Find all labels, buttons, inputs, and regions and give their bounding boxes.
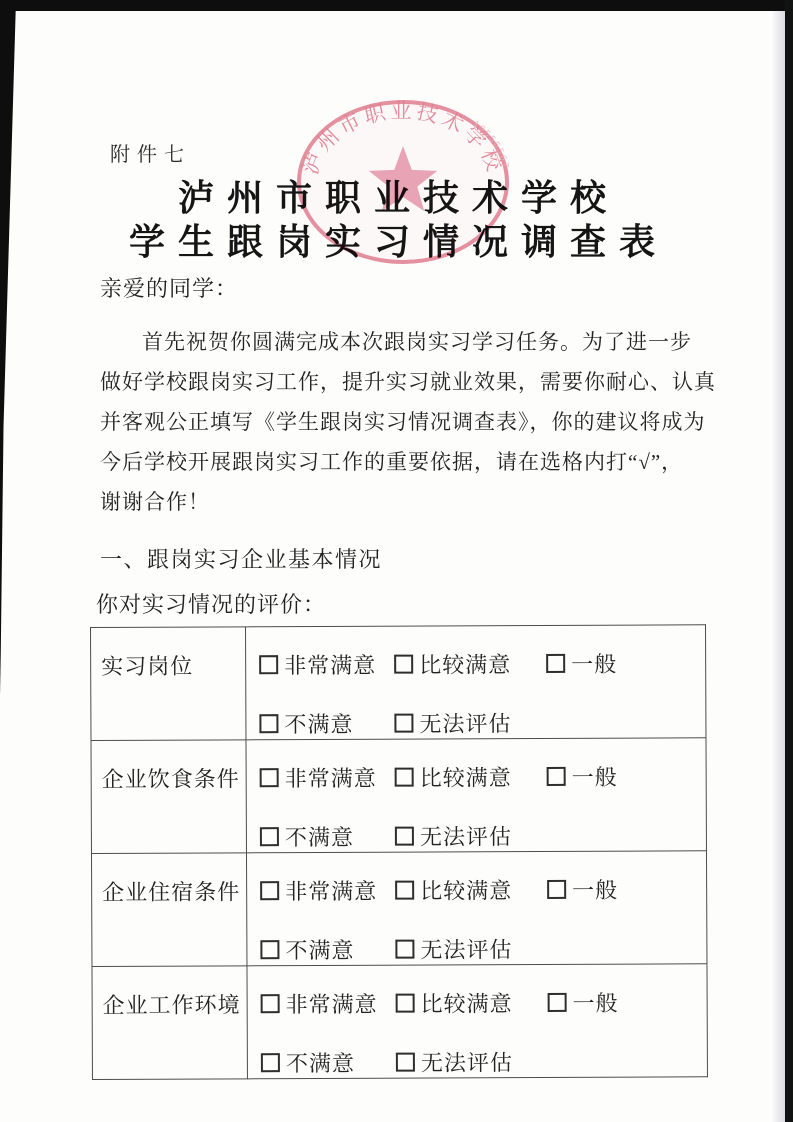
option-cannot-evaluate[interactable]: 无法评估 bbox=[396, 1045, 707, 1077]
checkbox-icon[interactable] bbox=[396, 1053, 415, 1072]
option-fairly-satisfied[interactable]: 比较满意 bbox=[395, 874, 547, 906]
option-label: 非常满意 bbox=[286, 992, 378, 1017]
option-label: 一般 bbox=[571, 652, 617, 677]
row-options: 非常满意 比较满意 一般 不满意 无法评估 bbox=[247, 964, 707, 1079]
checkbox-icon[interactable] bbox=[548, 993, 567, 1012]
option-label: 无法评估 bbox=[419, 711, 511, 736]
checkbox-icon[interactable] bbox=[394, 714, 413, 733]
section-1-heading: 一、跟岗实习企业基本情况 bbox=[100, 543, 382, 574]
option-unsatisfied[interactable]: 不满意 bbox=[260, 934, 395, 966]
document-title: 泸州市职业技术学校 学生跟岗实习情况调查表 bbox=[90, 176, 707, 264]
title-line-1: 泸州市职业技术学校 bbox=[178, 177, 619, 218]
option-very-satisfied[interactable]: 非常满意 bbox=[260, 875, 395, 907]
table-row: 企业饮食条件 非常满意 比较满意 一般 不满意 无法评估 bbox=[91, 738, 706, 854]
checkbox-icon[interactable] bbox=[261, 994, 280, 1013]
checkbox-icon[interactable] bbox=[260, 768, 279, 787]
seal-arc-text: 泸州市职业技术学校 bbox=[299, 100, 507, 178]
intro-line: 谢谢合作！ bbox=[100, 482, 714, 522]
options-line-2: 不满意 无法评估 bbox=[261, 1045, 707, 1078]
scanned-document-page: 附件七 泸州市职业技术学校 19555567 泸州市职业技术学校 学生跟岗实习情… bbox=[0, 0, 793, 1122]
intro-line: 并客观公正填写《学生跟岗实习情况调查表》，你的建议将成为 bbox=[100, 402, 714, 442]
table-caption: 你对实习情况的评价： bbox=[96, 588, 326, 619]
option-label: 不满意 bbox=[286, 1051, 355, 1076]
row-label: 企业工作环境 bbox=[92, 966, 247, 1080]
options-line-1: 非常满意 比较满意 一般 bbox=[259, 647, 705, 680]
row-options: 非常满意 比较满意 一般 不满意 无法评估 bbox=[246, 738, 706, 853]
option-label: 比较满意 bbox=[419, 652, 511, 677]
option-label: 比较满意 bbox=[420, 878, 512, 903]
checkbox-icon[interactable] bbox=[395, 881, 414, 900]
option-label: 无法评估 bbox=[420, 937, 512, 962]
option-average[interactable]: 一般 bbox=[547, 873, 706, 905]
option-label: 非常满意 bbox=[285, 879, 377, 904]
intro-line: 做好学校跟岗实习工作，提升实习就业效果，需要你耐心、认真 bbox=[100, 362, 714, 402]
seal-serial-number: 19555567 bbox=[471, 119, 511, 171]
greeting-text: 亲爱的同学： bbox=[100, 272, 238, 303]
option-label: 一般 bbox=[572, 765, 618, 790]
option-label: 无法评估 bbox=[420, 824, 512, 849]
option-fairly-satisfied[interactable]: 比较满意 bbox=[394, 648, 546, 680]
checkbox-icon[interactable] bbox=[395, 768, 414, 787]
checkbox-icon[interactable] bbox=[395, 827, 414, 846]
options-line-2: 不满意 无法评估 bbox=[260, 819, 706, 852]
options-line-2: 不满意 无法评估 bbox=[259, 706, 705, 739]
scan-shadow-right bbox=[771, 0, 785, 1122]
row-label: 企业住宿条件 bbox=[91, 853, 246, 967]
checkbox-icon[interactable] bbox=[259, 655, 278, 674]
intro-line: 今后学校开展跟岗实习工作的重要依据，请在选格内打“√”， bbox=[100, 442, 714, 482]
checkbox-icon[interactable] bbox=[395, 940, 414, 959]
option-fairly-satisfied[interactable]: 比较满意 bbox=[395, 761, 547, 793]
option-very-satisfied[interactable]: 非常满意 bbox=[259, 649, 394, 681]
option-label: 比较满意 bbox=[421, 991, 513, 1016]
survey-table: 实习岗位 非常满意 比较满意 一般 不满意 无法评估 企业饮食条件 bbox=[90, 624, 708, 1080]
seal-arc-text-holder: 泸州市职业技术学校 bbox=[299, 100, 507, 178]
option-cannot-evaluate[interactable]: 无法评估 bbox=[395, 932, 706, 964]
checkbox-icon[interactable] bbox=[394, 655, 413, 674]
table-row: 实习岗位 非常满意 比较满意 一般 不满意 无法评估 bbox=[91, 625, 706, 741]
option-label: 不满意 bbox=[284, 712, 353, 737]
scan-edge-left bbox=[0, 0, 16, 1122]
row-label: 实习岗位 bbox=[91, 627, 246, 741]
checkbox-icon[interactable] bbox=[260, 881, 279, 900]
option-cannot-evaluate[interactable]: 无法评估 bbox=[395, 819, 706, 851]
table-row: 企业住宿条件 非常满意 比较满意 一般 不满意 无法评估 bbox=[91, 851, 706, 967]
checkbox-icon[interactable] bbox=[260, 827, 279, 846]
option-cannot-evaluate[interactable]: 无法评估 bbox=[394, 706, 705, 738]
checkbox-icon[interactable] bbox=[547, 880, 566, 899]
option-unsatisfied[interactable]: 不满意 bbox=[259, 708, 394, 740]
options-line-1: 非常满意 比较满意 一般 bbox=[261, 986, 707, 1019]
checkbox-icon[interactable] bbox=[261, 1053, 280, 1072]
option-label: 不满意 bbox=[285, 825, 354, 850]
row-label: 企业饮食条件 bbox=[91, 740, 246, 854]
option-average[interactable]: 一般 bbox=[547, 760, 706, 792]
option-average[interactable]: 一般 bbox=[548, 986, 707, 1018]
option-label: 非常满意 bbox=[284, 653, 376, 678]
checkbox-icon[interactable] bbox=[260, 940, 279, 959]
option-very-satisfied[interactable]: 非常满意 bbox=[260, 762, 395, 794]
seal-serial-holder: 19555567 bbox=[471, 119, 511, 171]
option-very-satisfied[interactable]: 非常满意 bbox=[261, 988, 396, 1020]
scan-edge-right bbox=[785, 0, 793, 1122]
option-label: 非常满意 bbox=[285, 766, 377, 791]
option-label: 无法评估 bbox=[421, 1050, 513, 1075]
options-line-1: 非常满意 比较满意 一般 bbox=[260, 873, 706, 906]
option-label: 比较满意 bbox=[420, 765, 512, 790]
option-average[interactable]: 一般 bbox=[546, 647, 705, 679]
intro-line: 首先祝贺你圆满完成本次跟岗实习学习任务。为了进一步 bbox=[100, 322, 714, 362]
table-row: 企业工作环境 非常满意 比较满意 一般 不满意 无法评估 bbox=[92, 964, 707, 1080]
option-unsatisfied[interactable]: 不满意 bbox=[260, 821, 395, 853]
row-options: 非常满意 比较满意 一般 不满意 无法评估 bbox=[246, 851, 706, 966]
checkbox-icon[interactable] bbox=[547, 767, 566, 786]
checkbox-icon[interactable] bbox=[396, 994, 415, 1013]
options-line-1: 非常满意 比较满意 一般 bbox=[260, 760, 706, 793]
row-options: 非常满意 比较满意 一般 不满意 无法评估 bbox=[246, 625, 706, 740]
intro-paragraph: 首先祝贺你圆满完成本次跟岗实习学习任务。为了进一步 做好学校跟岗实习工作，提升实… bbox=[100, 322, 714, 522]
option-label: 一般 bbox=[573, 991, 619, 1016]
attachment-label: 附件七 bbox=[110, 138, 191, 167]
checkbox-icon[interactable] bbox=[259, 714, 278, 733]
option-unsatisfied[interactable]: 不满意 bbox=[261, 1047, 396, 1079]
option-label: 不满意 bbox=[285, 938, 354, 963]
option-fairly-satisfied[interactable]: 比较满意 bbox=[396, 987, 548, 1019]
checkbox-icon[interactable] bbox=[546, 654, 565, 673]
options-line-2: 不满意 无法评估 bbox=[260, 932, 706, 965]
option-label: 一般 bbox=[572, 878, 618, 903]
scan-edge-top bbox=[0, 0, 793, 11]
title-line-2: 学生跟岗实习情况调查表 bbox=[129, 221, 668, 262]
